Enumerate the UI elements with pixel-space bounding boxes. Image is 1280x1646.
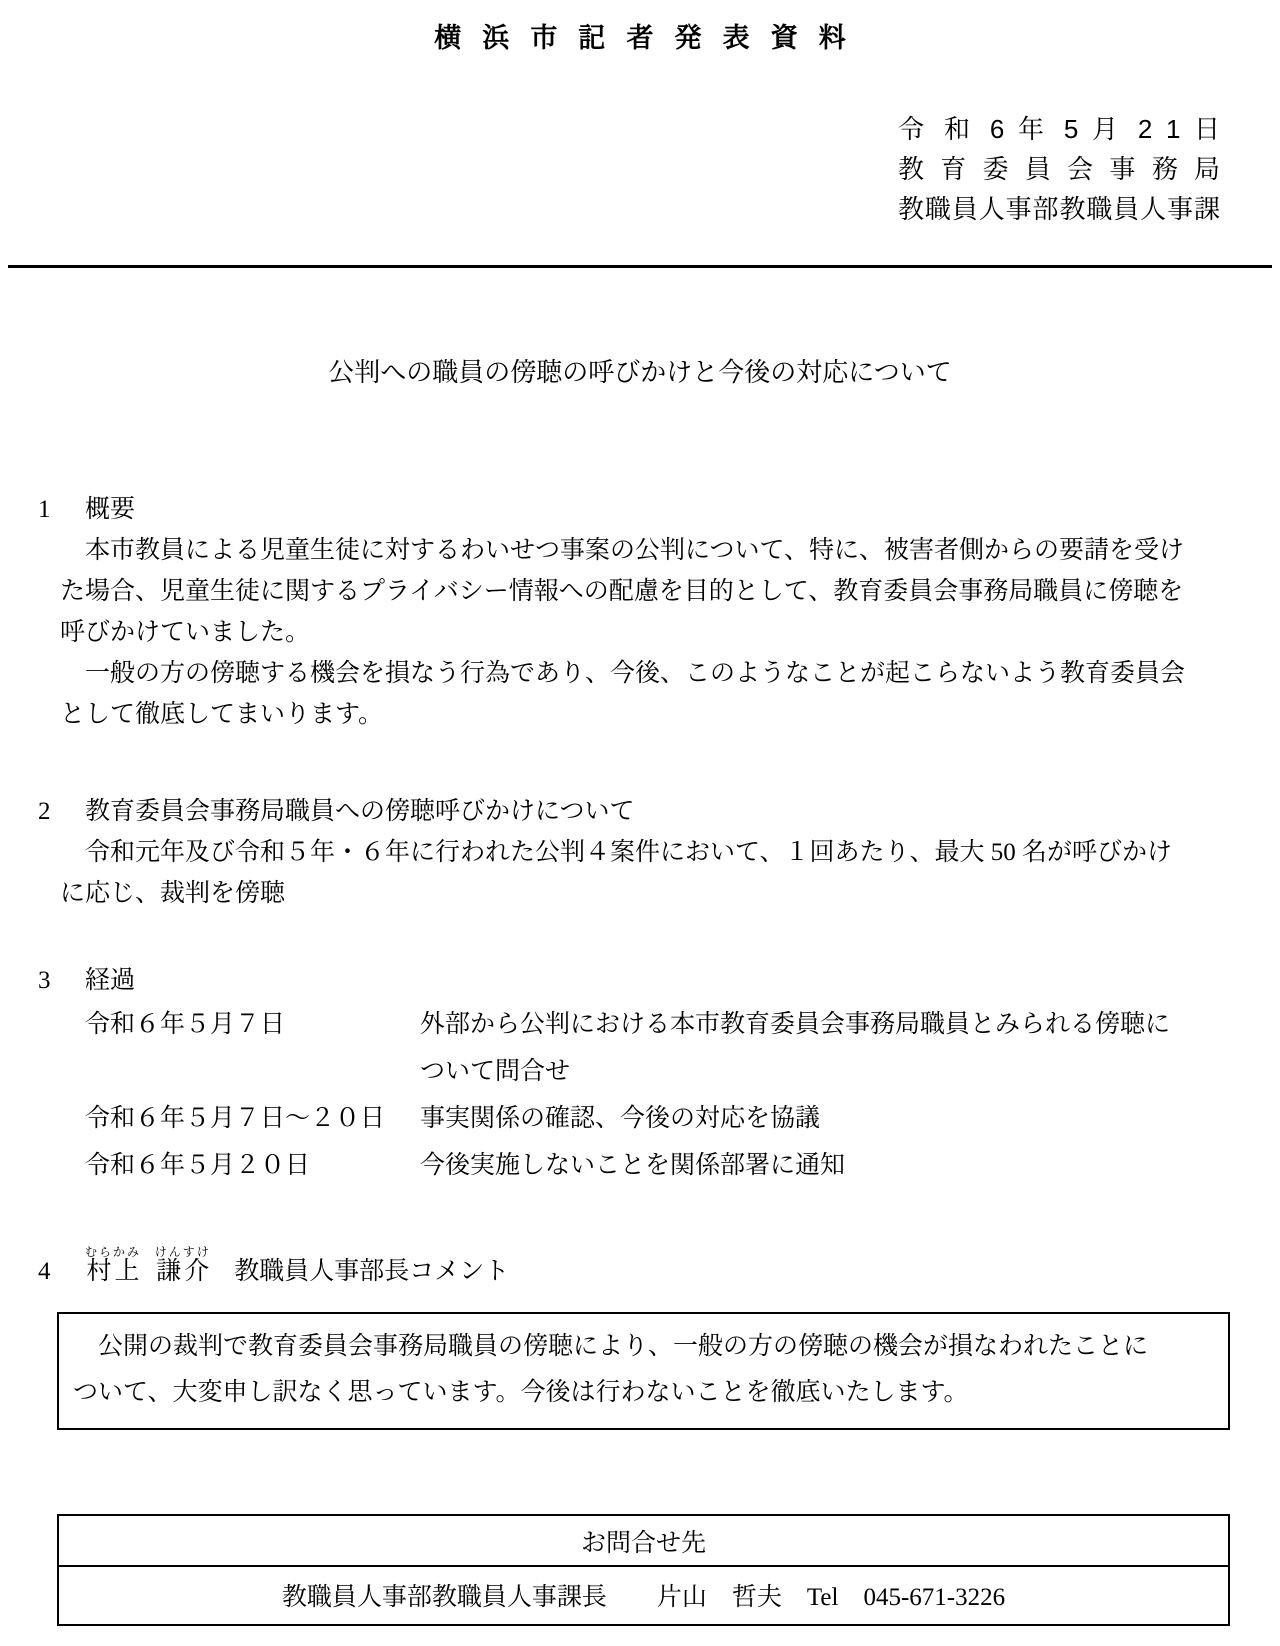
timeline-desc-line: 外部から公判における本市教育委員会事務局職員とみられる傍聴に	[420, 1001, 1220, 1048]
timeline-row: 令和６年５月７日～２０日 事実関係の確認、今後の対応を協議	[85, 1095, 1220, 1142]
section-title: 村上むらかみ謙介けんすけ教職員人事部長コメント	[85, 1245, 509, 1292]
timeline-date: 令和６年５月２０日	[85, 1142, 420, 1189]
timeline-desc-line: 今後実施しないことを関係部署に通知	[420, 1142, 1220, 1189]
comment-line: 公開の裁判で教育委員会事務局職員の傍聴により、一般の方の傍聴の機会が損なわれたこ…	[73, 1324, 1214, 1370]
org-line-division: 教職員人事部教職員人事課	[898, 189, 1220, 229]
paragraph-line: 一般の方の傍聴する機会を損なう行為であり、今後、このようなことが起こらないよう教…	[60, 653, 1220, 694]
section-title-suffix: 教職員人事部長コメント	[234, 1258, 509, 1285]
org-line-bureau: 教 育 委 員 会 事 務 局	[898, 149, 1220, 189]
timeline-row: 令和６年５月７日 外部から公判における本市教育委員会事務局職員とみられる傍聴に …	[85, 1001, 1220, 1095]
paragraph-line: 呼びかけていました。	[60, 612, 1220, 653]
press-title: 横浜市記者発表資料	[60, 16, 1220, 55]
section-1-heading: 1 概要	[38, 489, 1220, 530]
section-1-body: 本市教員による児童生徒に対するわいせつ事案の公判について、特に、被害者側からの要…	[60, 530, 1220, 735]
section-4-heading: 4 村上むらかみ謙介けんすけ教職員人事部長コメント	[38, 1245, 1220, 1292]
timeline-date: 令和６年５月７日	[85, 1001, 420, 1048]
section-2-body: 令和元年及び令和５年・６年に行われた公判４案件において、１回あたり、最大 50 …	[60, 832, 1220, 914]
contact-box: お問合せ先 教職員人事部教職員人事課長 片山 哲夫 Tel 045-671-32…	[57, 1514, 1230, 1626]
section-title: 経過	[85, 960, 135, 1001]
comment-box: 公開の裁判で教育委員会事務局職員の傍聴により、一般の方の傍聴の機会が損なわれたこ…	[57, 1312, 1230, 1430]
timeline-desc: 事実関係の確認、今後の対応を協議	[420, 1095, 1220, 1142]
timeline-desc-line: ついて問合せ	[420, 1048, 1220, 1095]
date-line: 令 和 6 年 5 月 2 1 日	[898, 109, 1220, 149]
section-title: 概要	[85, 489, 135, 530]
timeline-row: 令和６年５月２０日 今後実施しないことを関係部署に通知	[85, 1142, 1220, 1189]
section-number: 2	[38, 791, 85, 832]
press-meta-block: 令 和 6 年 5 月 2 1 日 教 育 委 員 会 事 務 局 教職員人事部…	[898, 109, 1220, 229]
section-2-heading: 2 教育委員会事務局職員への傍聴呼びかけについて	[38, 791, 1220, 832]
timeline-desc: 今後実施しないことを関係部署に通知	[420, 1142, 1220, 1189]
section-3-heading: 3 経過	[38, 960, 1220, 1001]
section-number: 4	[38, 1251, 85, 1292]
section-number: 3	[38, 960, 85, 1001]
paragraph-line: 本市教員による児童生徒に対するわいせつ事案の公判について、特に、被害者側からの要…	[60, 530, 1220, 571]
paragraph-line: 令和元年及び令和５年・６年に行われた公判４案件において、１回あたり、最大 50 …	[60, 832, 1220, 873]
paragraph-line: として徹底してまいります。	[60, 694, 1220, 735]
person-surname: 村上	[85, 1258, 141, 1285]
person-surname-ruby: 村上むらかみ	[85, 1258, 141, 1285]
person-givenname-ruby: 謙介けんすけ	[155, 1258, 210, 1285]
section-title: 教育委員会事務局職員への傍聴呼びかけについて	[85, 791, 635, 832]
document-title: 公判への職員の傍聴の呼びかけと今後の対応について	[60, 352, 1220, 393]
timeline-desc: 外部から公判における本市教育委員会事務局職員とみられる傍聴に ついて問合せ	[420, 1001, 1220, 1095]
timeline: 令和６年５月７日 外部から公判における本市教育委員会事務局職員とみられる傍聴に …	[85, 1001, 1220, 1189]
separator-rule	[8, 265, 1272, 268]
person-givenname-furigana: けんすけ	[155, 1245, 211, 1259]
paragraph-line: た場合、児童生徒に関するプライバシー情報への配慮を目的として、教育委員会事務局職…	[60, 571, 1220, 612]
timeline-date: 令和６年５月７日～２０日	[85, 1095, 420, 1142]
person-givenname: 謙介	[155, 1258, 211, 1285]
section-number: 1	[38, 489, 85, 530]
contact-box-line: 教職員人事部教職員人事課長 片山 哲夫 Tel 045-671-3226	[59, 1567, 1228, 1624]
person-surname-furigana: むらかみ	[85, 1245, 141, 1259]
comment-line: ついて、大変申し訳なく思っています。今後は行わないことを徹底いたします。	[73, 1370, 1214, 1416]
contact-box-header: お問合せ先	[59, 1516, 1228, 1567]
paragraph-line: に応じ、裁判を傍聴	[60, 873, 1220, 914]
press-release-page: 横浜市記者発表資料 令 和 6 年 5 月 2 1 日 教 育 委 員 会 事 …	[0, 0, 1280, 1646]
timeline-desc-line: 事実関係の確認、今後の対応を協議	[420, 1095, 1220, 1142]
